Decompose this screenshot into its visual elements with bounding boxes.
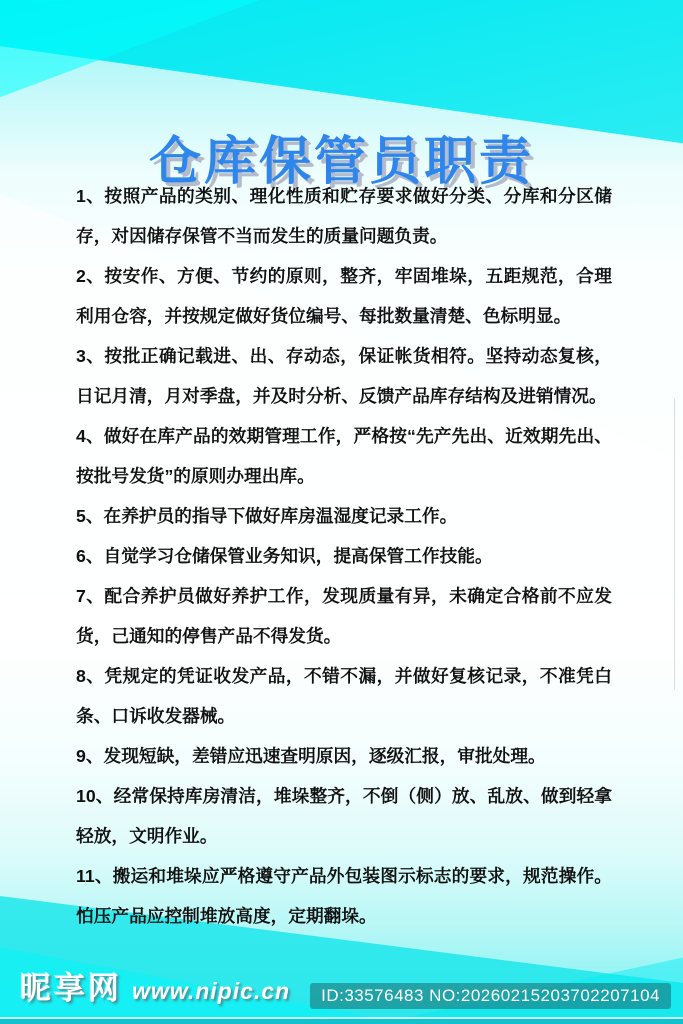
duty-item: 10、经常保持库房清洁，堆垛整齐，不倒（侧）放、乱放、做到轻拿轻放，文明作业。 [76, 776, 612, 856]
duty-item: 7、配合养护员做好养护工作，发现质量有异，未确定合格前不应发货，己通知的停售产品… [76, 576, 612, 656]
duty-list: 1、按照产品的类别、理化性质和贮存要求做好分类、分库和分区储存，对因储存保管不当… [76, 176, 612, 936]
watermark-site-name: 昵享网 [20, 963, 122, 1008]
duty-item: 9、发现短缺，差错应迅速查明原因，逐级汇报，审批处理。 [76, 736, 612, 776]
duty-item: 2、按安作、方便、节约的原则，整齐，牢固堆垛，五距规范，合理利用仓容，并按规定做… [76, 256, 612, 336]
duty-item: 6、自觉学习仓储保管业务知识，提高保管工作技能。 [76, 536, 612, 576]
duty-poster: 仓库保管员职责 1、按照产品的类别、理化性质和贮存要求做好分类、分库和分区储存，… [0, 0, 683, 1024]
duty-item: 11、搬运和堆垛应严格遵守产品外包装图示标志的要求，规范操作。怕压产品应控制堆放… [76, 856, 612, 936]
duty-item: 1、按照产品的类别、理化性质和贮存要求做好分类、分库和分区储存，对因储存保管不当… [76, 176, 612, 256]
overlay-edge-line [674, 398, 675, 690]
watermark: 昵享网 www.nipic.cn [20, 963, 290, 1008]
bottom-teal-strip [0, 1019, 683, 1024]
id-badge: ID:33576483 NO:20260215203702207104 [310, 983, 671, 1009]
duty-item: 5、在养护员的指导下做好库房温湿度记录工作。 [76, 496, 612, 536]
watermark-site-url: www.nipic.cn [132, 978, 290, 1005]
duty-item: 4、做好在库产品的效期管理工作，严格按“先产先出、近效期先出、按批号发货”的原则… [76, 416, 612, 496]
duty-item: 3、按批正确记载进、出、存动态，保证帐货相符。坚持动态复核，日记月清，月对季盘，… [76, 336, 612, 416]
duty-item: 8、凭规定的凭证收发产品，不错不漏，并做好复核记录，不准凭白条、口诉收发器械。 [76, 656, 612, 736]
